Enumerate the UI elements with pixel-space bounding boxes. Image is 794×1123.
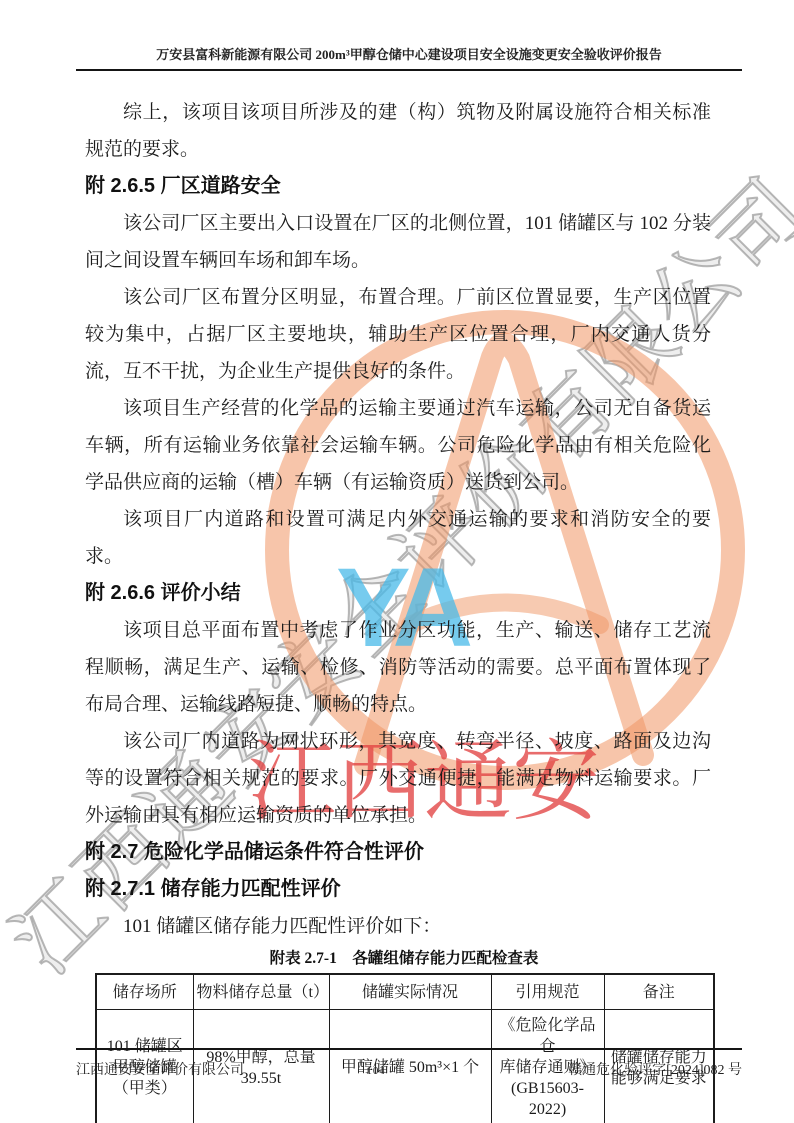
footer-page-number: 104 [366,1065,386,1077]
heading-2-7-1-capacity-matching: 附 2.7.1 储存能力匹配性评价 [85,871,711,908]
report-title: 万安县富科新能源有限公司 200m³甲醇仓储中心建设项目安全设施变更安全验收评价… [76,44,742,63]
footer-doc-number: 赣通危化验评字[2024]082 号 [568,1059,742,1079]
paragraph-road-requirements: 该项目厂内道路和设置可满足内外交通运输的要求和消防安全的要求。 [85,501,711,575]
table-caption: 附表 2.7-1 各罐组储存能力匹配检查表 [95,949,713,969]
heading-2-6-6-evaluation-summary: 附 2.6.6 评价小结 [85,575,711,612]
paragraph-chemical-transport: 该项目生产经营的化学品的运输主要通过汽车运输，公司无自备货运车辆，所有运输业务依… [85,390,711,501]
table-header-row: 储存场所 物料储存总量（t） 储罐实际情况 引用规范 备注 [96,974,714,1010]
paragraph-conclusion-buildings: 综上，该项目该项目所涉及的建（构）筑物及附属设施符合相关标准规范的要求。 [85,94,711,168]
page-footer: 江西通安安全评价有限公司 104 赣通危化验评字[2024]082 号 [76,1048,742,1079]
paragraph-tank-area-intro: 101 储罐区储存能力匹配性评价如下： [85,908,711,945]
paragraph-ring-road-summary: 该公司厂内道路为网状环形，其宽度、转弯半径、坡度、路面及边沟等的设置符合相关规范… [85,723,711,834]
paragraph-plane-layout-summary: 该项目总平面布置中考虑了作业分区功能，生产、输送、储存工艺流程顺畅，满足生产、运… [85,612,711,723]
page-body: 综上，该项目该项目所涉及的建（构）筑物及附属设施符合相关标准规范的要求。 附 2… [85,94,711,1123]
document-page: 江西通安安全评价有限公司 YA 江西通安 万安县富科新能源有限公司 200m³甲… [0,0,794,1123]
col-header-material-total: 物料储存总量（t） [193,974,329,1010]
heading-2-6-5-factory-road-safety: 附 2.6.5 厂区道路安全 [85,168,711,205]
page-header: 万安县富科新能源有限公司 200m³甲醇仓储中心建设项目安全设施变更安全验收评价… [76,44,742,71]
footer-company-name: 江西通安安全评价有限公司 [76,1059,244,1079]
paragraph-entrance-layout: 该公司厂区主要出入口设置在厂区的北侧位置，101 储罐区与 102 分装间之间设… [85,205,711,279]
heading-2-7-storage-conformity: 附 2.7 危险化学品储运条件符合性评价 [85,834,711,871]
col-header-storage-place: 储存场所 [96,974,193,1010]
paragraph-zoning-layout: 该公司厂区布置分区明显，布置合理。厂前区位置显要，生产区位置较为集中，占据厂区主… [85,279,711,390]
col-header-cited-standard: 引用规范 [491,974,604,1010]
col-header-remark: 备注 [604,974,714,1010]
col-header-tank-actual: 储罐实际情况 [329,974,491,1010]
